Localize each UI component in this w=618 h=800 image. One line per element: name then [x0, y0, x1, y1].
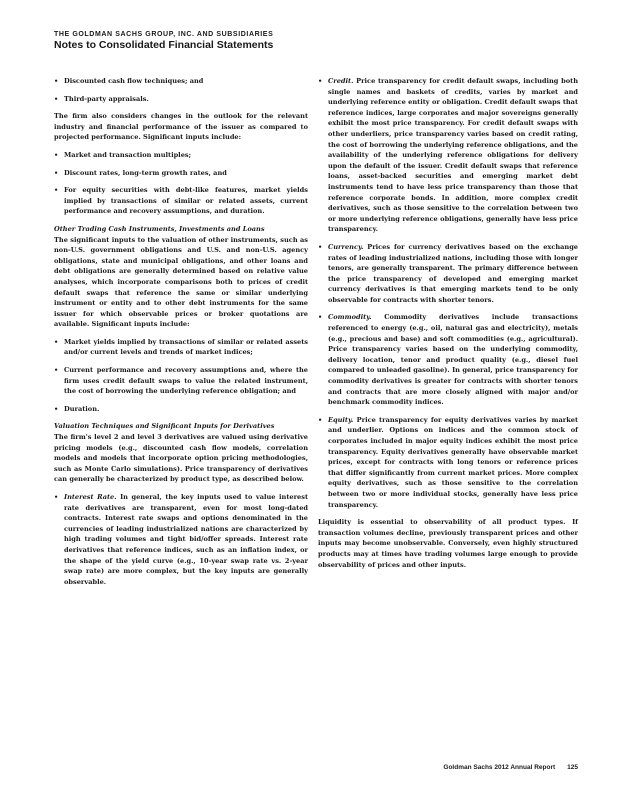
paragraph: Liquidity is essential to observability …: [318, 517, 578, 570]
item-label: Equity.: [328, 416, 353, 424]
bullet-list-top: •Discounted cash flow techniques; and •T…: [54, 76, 308, 104]
list-item-currency: •Currency. Prices for currency derivativ…: [318, 242, 578, 306]
list-item: •For equity securities with debt-like fe…: [54, 185, 308, 217]
bullet-list-derivatives-left: •Interest Rate. In general, the key inpu…: [54, 492, 308, 587]
bullet-icon: •: [318, 242, 322, 253]
bullet-list-derivatives-right: •Credit. Price transparency for credit d…: [318, 76, 578, 510]
item-label: Credit.: [328, 77, 353, 85]
list-item: •Discount rates, long-term growth rates,…: [54, 168, 308, 179]
item-label: Commodity.: [328, 313, 372, 321]
bullet-icon: •: [54, 337, 58, 348]
bullet-icon: •: [54, 404, 58, 415]
list-item: •Duration.: [54, 404, 308, 415]
page-header: The Goldman Sachs Group, Inc. and Subsid…: [54, 30, 574, 52]
list-item-credit: •Credit. Price transparency for credit d…: [318, 76, 578, 235]
item-label: Interest Rate.: [64, 493, 117, 501]
right-column: •Credit. Price transparency for credit d…: [318, 76, 578, 577]
list-item: •Current performance and recovery assump…: [54, 365, 308, 397]
list-item-equity: •Equity. Price transparency for equity d…: [318, 415, 578, 510]
list-item: •Discounted cash flow techniques; and: [54, 76, 308, 87]
list-item-interest-rate: •Interest Rate. In general, the key inpu…: [54, 492, 308, 587]
page-footer: Goldman Sachs 2012 Annual Report125: [443, 764, 578, 771]
bullet-icon: •: [54, 150, 58, 161]
list-item-commodity: •Commodity. Commodity derivatives includ…: [318, 312, 578, 407]
bullet-icon: •: [54, 94, 58, 105]
bullet-icon: •: [318, 312, 322, 323]
bullet-icon: •: [318, 415, 322, 426]
page-title: Notes to Consolidated Financial Statemen…: [54, 39, 574, 52]
bullet-icon: •: [54, 185, 58, 196]
paragraph: The firm also considers changes in the o…: [54, 111, 308, 143]
bullet-icon: •: [318, 76, 322, 87]
left-column: •Discounted cash flow techniques; and •T…: [54, 76, 308, 594]
page-number: 125: [567, 764, 578, 771]
bullet-icon: •: [54, 76, 58, 87]
bullet-list-mid: •Market and transaction multiples; •Disc…: [54, 150, 308, 217]
list-item: •Third-party appraisals.: [54, 94, 308, 105]
report-name: Goldman Sachs 2012 Annual Report: [443, 764, 555, 771]
bullet-icon: •: [54, 365, 58, 376]
list-item: •Market yields implied by transactions o…: [54, 337, 308, 358]
bullet-icon: •: [54, 168, 58, 179]
list-item: •Market and transaction multiples;: [54, 150, 308, 161]
section-heading: Valuation Techniques and Significant Inp…: [54, 421, 308, 432]
paragraph: The significant inputs to the valuation …: [54, 235, 308, 330]
item-label: Currency.: [328, 243, 363, 251]
bullet-list-bottom: •Market yields implied by transactions o…: [54, 337, 308, 415]
paragraph: The firm's level 2 and level 3 derivativ…: [54, 432, 308, 485]
company-name: The Goldman Sachs Group, Inc. and Subsid…: [54, 30, 574, 39]
section-heading: Other Trading Cash Instruments, Investme…: [54, 224, 308, 235]
bullet-icon: •: [54, 492, 58, 503]
